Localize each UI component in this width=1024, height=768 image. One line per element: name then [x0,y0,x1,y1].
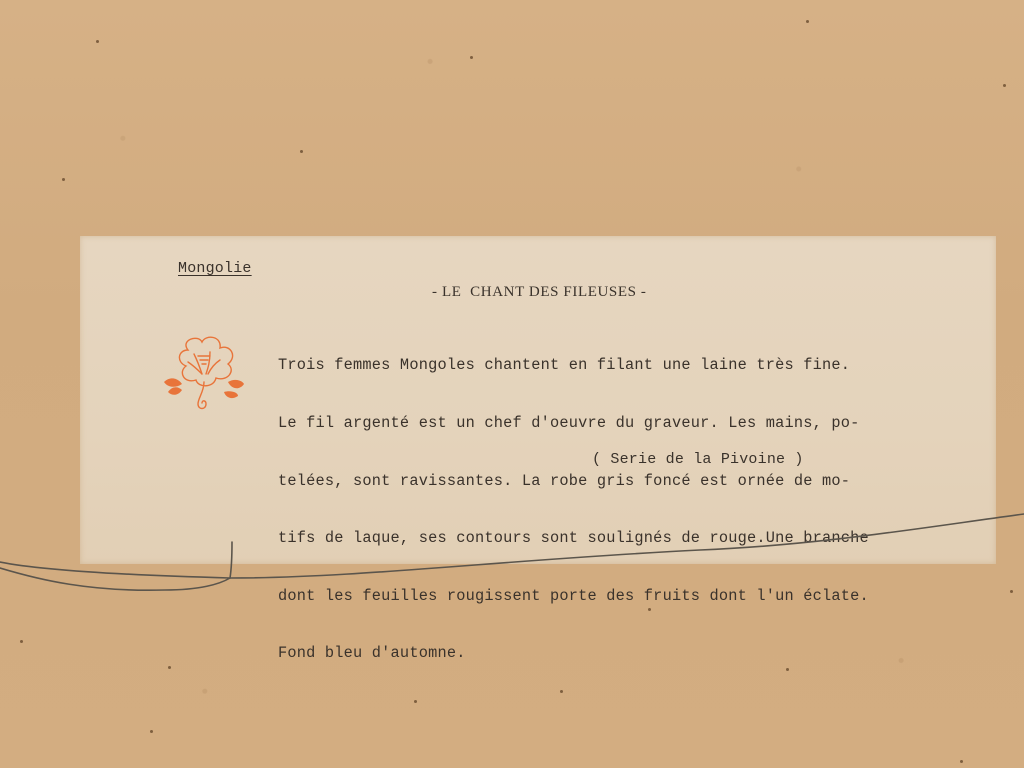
description-line: Trois femmes Mongoles chantent en filant… [278,356,869,375]
description-line: Le fil argenté est un chef d'oeuvre du g… [278,414,869,433]
description-text: Trois femmes Mongoles chantent en filant… [278,318,869,702]
typed-label-paper: Mongolie - LE CHANT DES FILEUSES - Trois… [80,236,996,564]
series-caption: ( Serie de la Pivoine ) [592,451,804,468]
description-line: telées, sont ravissantes. La robe gris f… [278,472,869,491]
description-line: dont les feuilles rougissent porte des f… [278,587,869,606]
description-line: tifs de laque, ses contours sont soulign… [278,529,869,548]
peony-flower-stamp-icon [158,332,250,416]
artwork-title: - LE CHANT DES FILEUSES - [432,284,647,301]
description-line: Fond bleu d'automne. [278,644,869,663]
region-heading: Mongolie [178,260,252,277]
